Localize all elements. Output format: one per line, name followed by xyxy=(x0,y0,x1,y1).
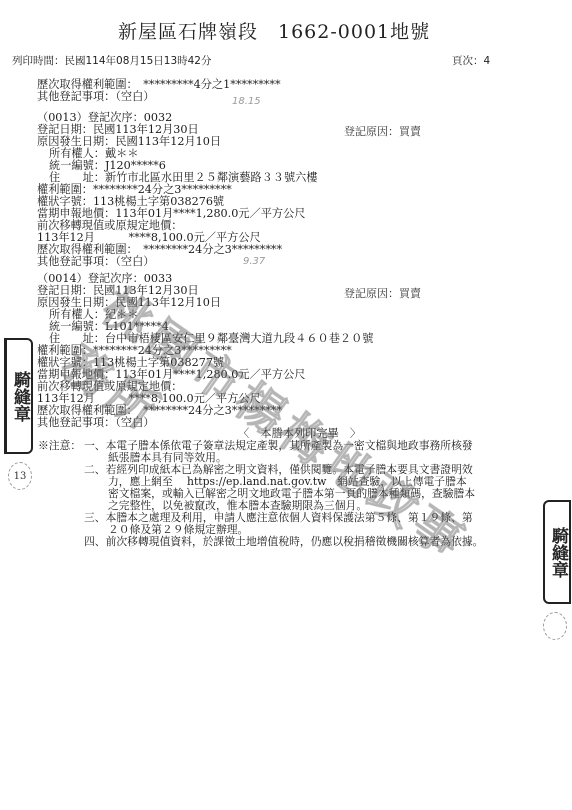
prev-other-items: 其他登記事項：（空白） xyxy=(37,91,154,103)
page-number: 頁次：4 xyxy=(452,53,490,68)
right-perforation-seal: 騎縫章 xyxy=(543,500,571,604)
right-seal-badge xyxy=(543,612,567,640)
left-perforation-seal: 騎縫章 xyxy=(4,338,33,454)
document-title: 新屋區石牌嶺段 1662-0001地號 xyxy=(118,17,430,44)
handwritten-note: 18.15 xyxy=(232,96,261,107)
notes-label: ※注意： xyxy=(38,440,81,452)
handwritten-note: 9.37 xyxy=(243,256,265,267)
registration-reason: 登記原因：買賣 xyxy=(344,285,421,301)
registration-reason: 登記原因：買賣 xyxy=(344,123,421,139)
left-seal-number: 13 xyxy=(8,462,32,490)
print-time: 列印時間：民國114年08月15日13時42分 xyxy=(12,53,211,68)
other-items: 其他登記事項：（空白） xyxy=(37,256,154,268)
